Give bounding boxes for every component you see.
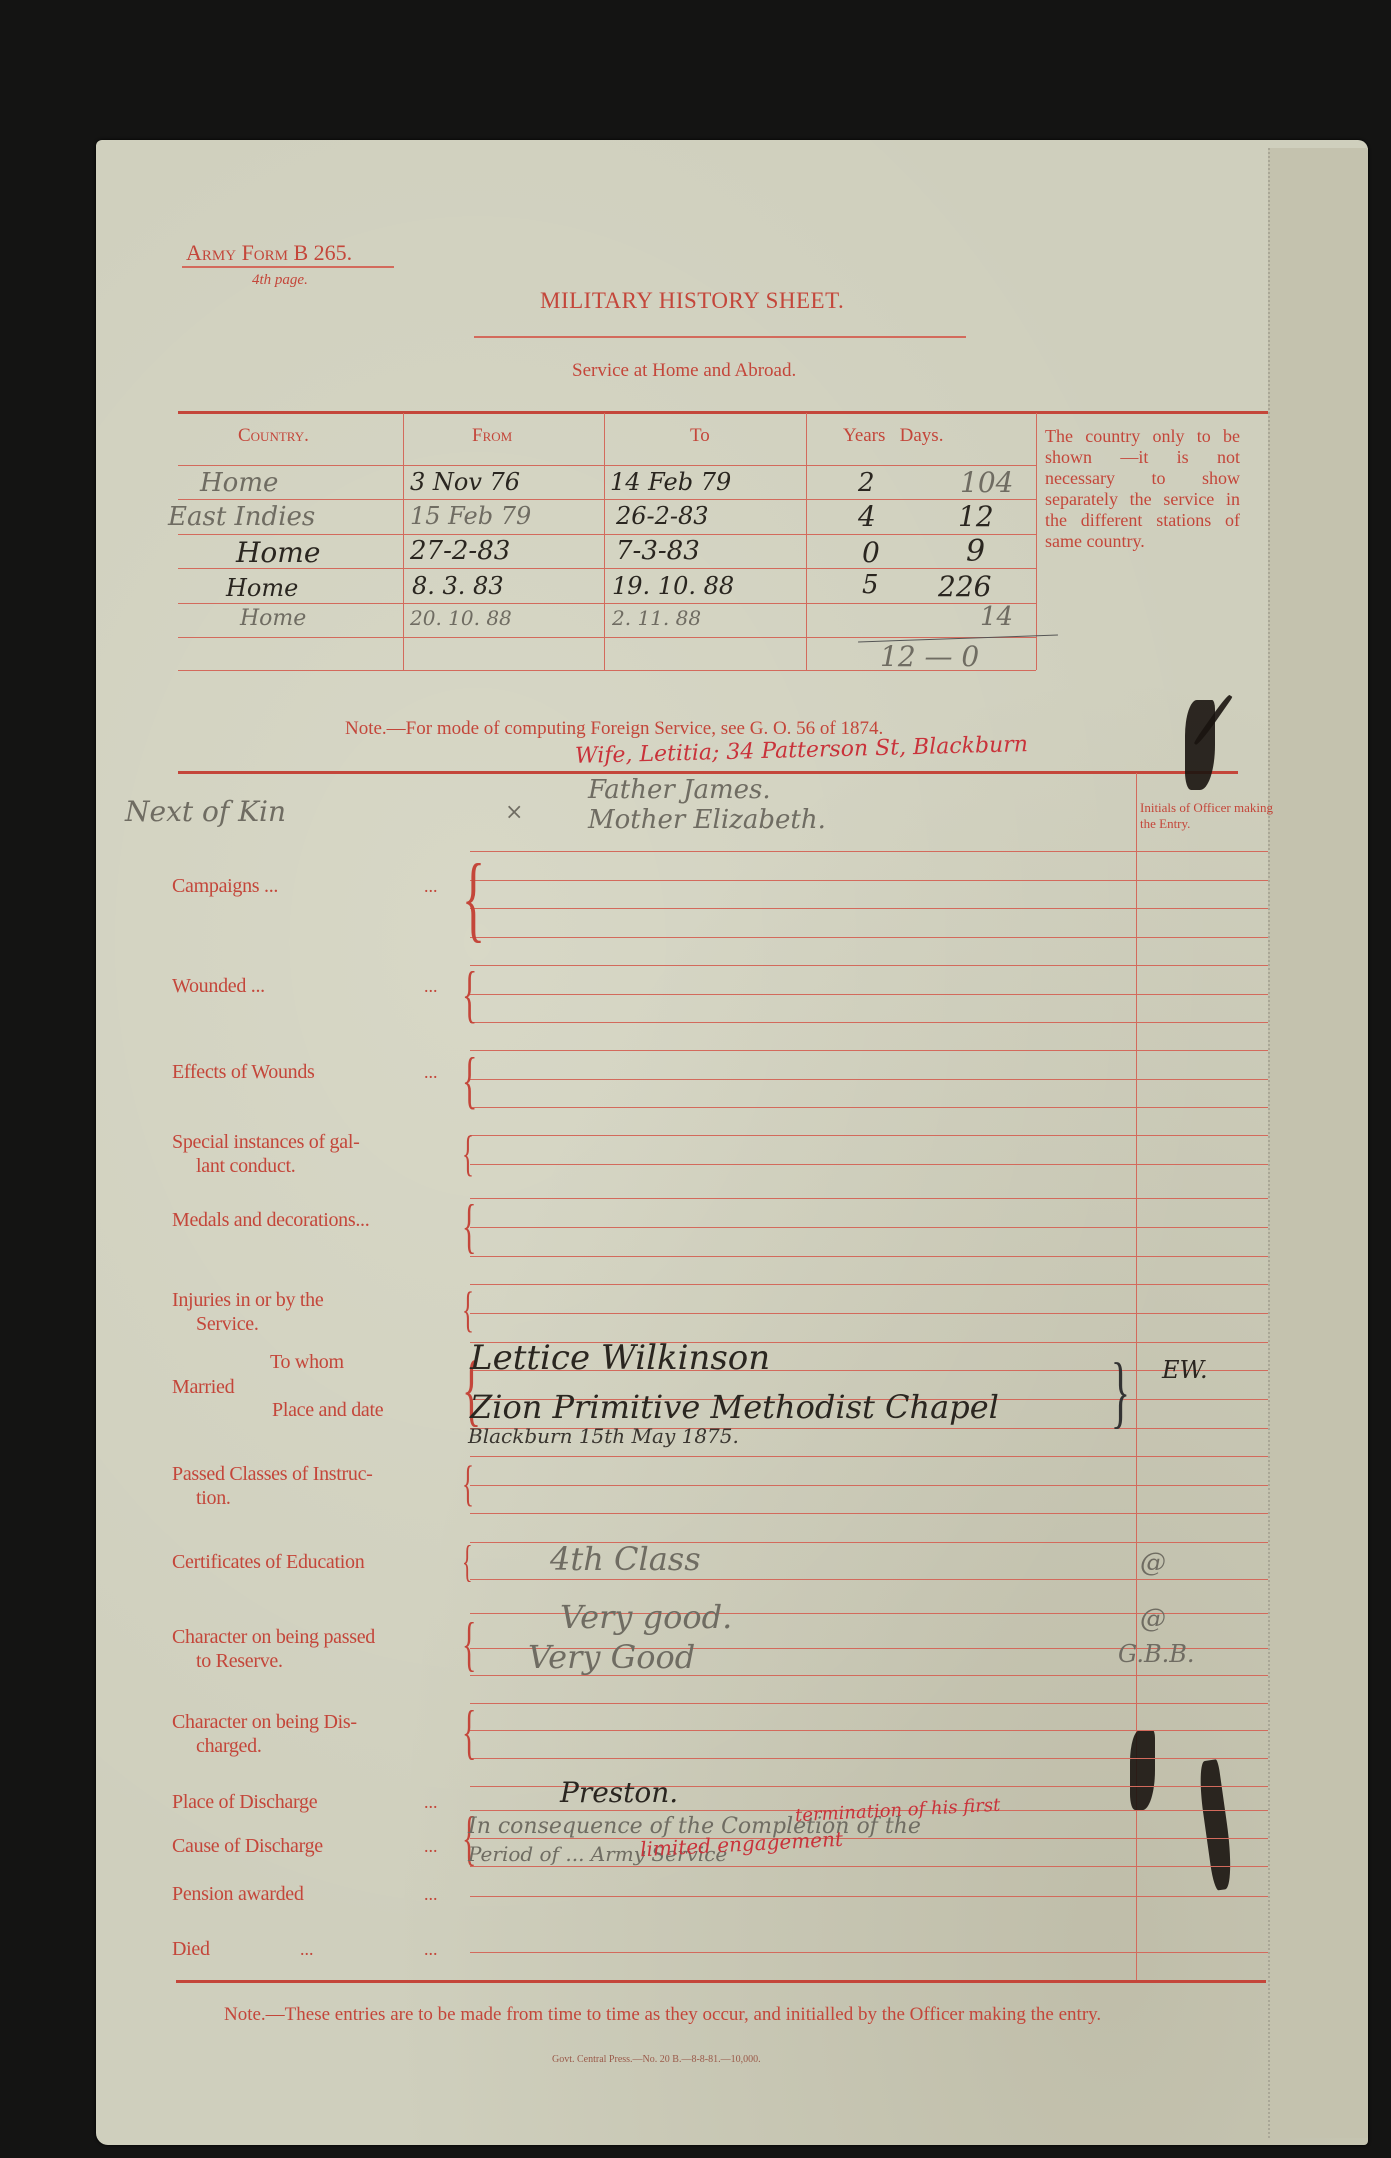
- next-of-kin-label: Next of Kin: [125, 795, 286, 828]
- brace: {: [462, 1540, 473, 1584]
- table-cell-days: 14: [980, 602, 1013, 632]
- col-header-to: To: [690, 425, 710, 447]
- table-cell-years: 5: [862, 570, 879, 600]
- table-cell-from: 8. 3. 83: [412, 572, 504, 600]
- label-effects-of-wounds: Effects of Wounds: [172, 1060, 315, 1084]
- table-cell-country: Home: [240, 606, 306, 631]
- label-dots: ...: [424, 1792, 438, 1813]
- next-of-kin-marker: ×: [505, 800, 523, 825]
- entry-initials-married: EW.: [1162, 1356, 1208, 1384]
- table-cell-to: 26-2-83: [616, 502, 709, 530]
- brace: {: [462, 1196, 476, 1256]
- label-certificates: Certificates of Education: [172, 1550, 364, 1574]
- label-place-of-discharge: Place of Discharge: [172, 1790, 317, 1814]
- closing-brace: {: [1111, 1352, 1130, 1432]
- table-cell-country: Home: [226, 574, 298, 602]
- table-cell-to: 14 Feb 79: [610, 468, 731, 496]
- table-cell-days: 104: [960, 466, 1013, 499]
- perforated-stub: [1268, 148, 1368, 2138]
- signature-mark: [1130, 1730, 1155, 1810]
- next-of-kin-mother: Mother Elizabeth.: [588, 805, 826, 835]
- entry-initials-reserve: @: [1140, 1604, 1166, 1634]
- table-cell-to: 19. 10. 88: [612, 572, 734, 600]
- table-cell-to: 2. 11. 88: [612, 606, 701, 630]
- entry-character-reserve-2: Very Good: [528, 1638, 695, 1676]
- col-divider: [403, 413, 404, 670]
- signature-mark: [1185, 700, 1215, 790]
- label-classes-instruction-2: tion.: [196, 1486, 231, 1510]
- table-cell-country: East Indies: [168, 502, 315, 532]
- table-row-rule: [178, 534, 1036, 535]
- title-underline: [474, 336, 966, 338]
- section-divider-rule: [178, 771, 1238, 774]
- col-header-from: From: [472, 425, 512, 447]
- entry-initials-reserve-2: G.B.B.: [1118, 1640, 1194, 1668]
- label-character-discharged-2: charged.: [196, 1734, 262, 1758]
- table-cell-from: 3 Nov 76: [410, 468, 520, 496]
- table-cell-days: 226: [938, 570, 991, 603]
- brace: {: [462, 1458, 474, 1508]
- label-dots: ...: [424, 876, 438, 897]
- label-married: Married: [172, 1375, 234, 1399]
- brace: {: [462, 1128, 474, 1178]
- entry-married-place: Zion Primitive Methodist Chapel: [470, 1388, 999, 1426]
- table-cell-days: 9: [966, 534, 985, 569]
- initials-column-header: Initials of Officer making the Entry.: [1140, 800, 1275, 832]
- col-divider: [1036, 413, 1037, 670]
- country-side-note: The country only to be shown —it is not …: [1045, 426, 1240, 552]
- entry-certificate: 4th Class: [550, 1540, 701, 1578]
- table-row-rule: [178, 465, 1036, 466]
- col-header-years-days: Years Days.: [843, 425, 943, 447]
- entry-place-of-discharge: Preston.: [560, 1776, 678, 1809]
- label-gallant-conduct-2: lant conduct.: [196, 1154, 295, 1178]
- label-wounded: Wounded ...: [172, 974, 265, 998]
- table-cell-from: 20. 10. 88: [410, 606, 512, 630]
- brace: {: [462, 1284, 474, 1334]
- table-row-rule: [178, 499, 1036, 500]
- entry-initials-certificate: @: [1140, 1548, 1166, 1578]
- table-cell-country: Home: [200, 468, 278, 498]
- foreign-service-note: Note.—For mode of computing Foreign Serv…: [345, 718, 883, 740]
- brace: {: [462, 962, 477, 1026]
- label-dots: ...: [300, 1939, 314, 1960]
- entry-married-place-2: Blackburn 15th May 1875.: [468, 1424, 739, 1448]
- label-injuries-2: Service.: [196, 1312, 259, 1336]
- label-character-reserve: Character on being passed: [172, 1625, 375, 1649]
- table-top-rule: [178, 411, 1268, 414]
- label-dots: ...: [424, 1939, 438, 1960]
- table-cell-country: Home: [236, 536, 320, 569]
- table-cell-years: 2: [858, 468, 875, 498]
- brace: {: [462, 1048, 477, 1112]
- page-title: MILITARY HISTORY SHEET.: [540, 288, 844, 314]
- label-dots: ...: [424, 1062, 438, 1083]
- entries-note: Note.—These entries are to be made from …: [176, 2003, 1266, 2027]
- label-medals: Medals and decorations...: [172, 1208, 369, 1232]
- col-divider: [806, 413, 807, 670]
- brace: {: [462, 1614, 476, 1674]
- table-cell-days: 12: [958, 500, 994, 533]
- label-dots: ...: [424, 976, 438, 997]
- form-number: Army Form B 265.: [186, 240, 352, 266]
- table-cell-from: 15 Feb 79: [410, 502, 531, 530]
- label-place-and-date: Place and date: [272, 1398, 383, 1422]
- label-cause-of-discharge: Cause of Discharge: [172, 1834, 323, 1858]
- table-cell-years: 4: [858, 500, 876, 533]
- printer-imprint: Govt. Central Press.—No. 20 B.—8-8-81.—1…: [552, 2054, 761, 2065]
- label-classes-instruction: Passed Classes of Instruc-: [172, 1462, 373, 1486]
- label-character-reserve-2: to Reserve.: [196, 1649, 283, 1673]
- label-gallant-conduct: Special instances of gal-: [172, 1130, 359, 1154]
- entry-character-reserve-1: Very good.: [560, 1598, 732, 1636]
- brace: {: [462, 850, 485, 946]
- col-header-country: Country.: [238, 425, 309, 447]
- table-cell-from: 27-2-83: [410, 536, 510, 566]
- next-of-kin-father: Father James.: [588, 775, 771, 805]
- label-campaigns: Campaigns ...: [172, 874, 278, 898]
- form-page: 4th page.: [252, 272, 308, 289]
- label-died: Died: [172, 1937, 210, 1961]
- label-injuries: Injuries in or by the: [172, 1288, 323, 1312]
- col-divider: [604, 413, 605, 670]
- section-subtitle: Service at Home and Abroad.: [572, 360, 796, 382]
- label-to-whom: To whom: [270, 1350, 344, 1374]
- table-row-rule: [178, 603, 1036, 604]
- entry-married-to: Lettice Wilkinson: [470, 1338, 770, 1378]
- service-total: 12 — 0: [880, 640, 979, 673]
- brace: {: [462, 1702, 476, 1762]
- table-row-rule: [178, 637, 1036, 638]
- label-character-discharged: Character on being Dis-: [172, 1710, 357, 1734]
- form-number-underline: [182, 266, 394, 268]
- table-cell-to: 7-3-83: [616, 536, 700, 566]
- bottom-rule: [176, 1980, 1266, 1983]
- label-dots: ...: [424, 1836, 438, 1857]
- label-pension-awarded: Pension awarded: [172, 1882, 304, 1906]
- label-dots: ...: [424, 1884, 438, 1905]
- table-cell-years: 0: [862, 536, 880, 569]
